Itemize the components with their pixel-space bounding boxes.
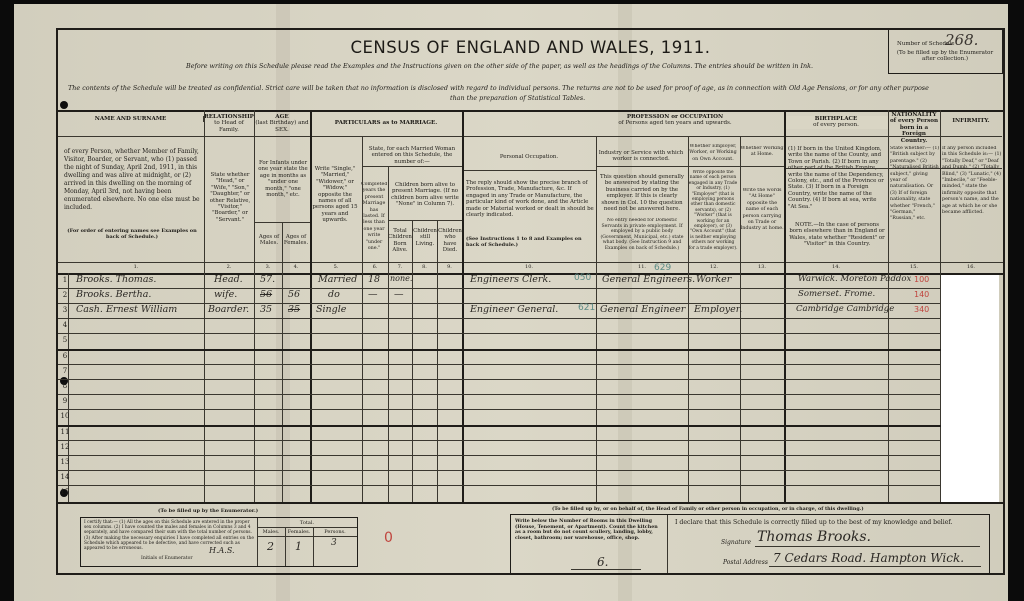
marital-status: Single: [316, 304, 346, 315]
total-label: Total.: [257, 520, 357, 526]
marital-status: Married: [318, 274, 357, 285]
total-persons: 3: [331, 538, 337, 548]
infirmity-instructions: If any person included in this Schedule …: [942, 146, 1002, 216]
personal-occupation-instructions: The reply should show the precise branch…: [466, 180, 594, 218]
rule: [58, 318, 941, 319]
age-females-label: Ages of Females.: [283, 234, 309, 247]
person-name: Brooks. Thomas.: [76, 274, 156, 285]
rule: [58, 440, 941, 441]
column-number: 4.: [282, 264, 310, 270]
age-instructions: For Infants under one year state the age…: [258, 160, 308, 198]
relationship-title: RELATIONSHIP: [204, 114, 254, 120]
total-males: 2: [267, 540, 274, 553]
document-title: CENSUS OF ENGLAND AND WALES, 1911.: [58, 38, 1003, 57]
person-name: Brooks. Bertha.: [76, 289, 151, 300]
column-number: 7.: [388, 264, 412, 270]
employment-status: Employer.: [694, 304, 742, 315]
column-number: 14.: [784, 264, 888, 270]
enumerator-box: I certify that:— (1) All the ages on thi…: [80, 517, 358, 567]
marriage-state-instructions: State, for each Married Woman entered on…: [362, 146, 462, 165]
header-nationality: NATIONALITY of every Person born in a Fo…: [888, 112, 940, 144]
rule: [313, 527, 314, 566]
rule: [58, 349, 941, 351]
industry-instructions: This question should generally be answer…: [598, 174, 686, 212]
birthplace: Cambridge Cambridge: [796, 304, 894, 314]
column-number: 9.: [437, 264, 462, 270]
relationship-instructions: State whether "Head," or "Wife," "Son," …: [206, 172, 254, 223]
occupation: Engineer General.: [470, 304, 558, 315]
person-name: Cash. Ernest William: [76, 304, 177, 315]
rule: [388, 220, 462, 221]
rule: [462, 170, 596, 171]
row-number: 2: [58, 291, 72, 299]
household-heading: (To be filled up by, or on behalf of, th…: [552, 506, 864, 512]
table-bottom-border: [58, 502, 1003, 504]
signature: Thomas Brooks.: [757, 529, 871, 545]
age-sub: (last Birthday) and SEX.: [255, 120, 308, 132]
column-number: 6.: [362, 264, 388, 270]
row-number: 5: [58, 336, 72, 344]
children-total-label: Total Children Born Alive.: [388, 228, 412, 254]
marriage-years: —: [368, 289, 378, 300]
row-number: 9: [58, 397, 72, 405]
occupation-code: 050: [574, 273, 591, 283]
age-male: 35: [260, 304, 272, 315]
rule: [596, 166, 784, 167]
household-rows: 1 2 3 4 5 6 7 8 9 10 11 12 13 14 15 Broo…: [58, 273, 1003, 502]
employer-label: Whether Employer, Worker, or Working on …: [688, 144, 738, 163]
rule: [784, 136, 1002, 137]
enumerator-heading: (To be filled up by the Enumerator.): [158, 508, 258, 514]
industry-label: Industry or Service with which worker is…: [596, 150, 686, 163]
profession-title: PROFESSION or OCCUPATION: [627, 114, 723, 120]
column-number: 2.: [204, 264, 254, 270]
person-relationship: wife.: [214, 289, 237, 300]
household-box: Write below the Number of Rooms in this …: [510, 514, 990, 574]
row-number: 12: [58, 443, 72, 451]
rule: [58, 394, 941, 395]
rooms-instruction: Write below the Number of Rooms in this …: [515, 519, 663, 541]
birthplace: Somerset. Frome.: [798, 289, 875, 299]
males-label: Males.: [257, 529, 285, 535]
marriage-children-label: Children born alive to present Marriage.…: [388, 182, 462, 208]
row-number: 10: [58, 412, 72, 420]
person-relationship: Head.: [214, 274, 243, 285]
occupation: Engineers Clerk.: [470, 274, 551, 285]
rule: [755, 546, 980, 547]
rule: [58, 136, 204, 137]
postal-address: 7 Cedars Road. Hampton Wick.: [773, 551, 964, 565]
census-schedule-paper: CENSUS OF ENGLAND AND WALES, 1911. Befor…: [14, 4, 1008, 601]
occupation-code: 621: [578, 303, 595, 313]
column-number: 12.: [688, 264, 740, 270]
row-number: 6: [58, 352, 72, 360]
total-females: 1: [295, 540, 302, 553]
number-of-rooms: 6.: [597, 555, 608, 569]
children-total: none.: [390, 274, 412, 283]
column-number: 11.: [596, 264, 688, 270]
industry: General Engineer: [600, 304, 685, 315]
signature-label: Signature: [721, 539, 751, 546]
enumerator-initials-label: Initials of Enumerator: [141, 556, 193, 562]
marriage-years: 18: [368, 274, 380, 285]
rule: [254, 136, 310, 137]
children-died-label: Children who have Died.: [438, 228, 462, 254]
employment-status: Worker: [696, 274, 731, 285]
females-label: Females.: [285, 529, 313, 535]
employer-instructions: Write opposite the name of each person e…: [688, 170, 738, 251]
age-male: 57.: [260, 274, 275, 285]
nationality-instructions: State whether:— (1) "British subject by …: [890, 146, 940, 223]
postal-address-label: Postal Address: [723, 559, 768, 566]
rule: [784, 168, 1002, 169]
birthplace-note: NOTE.—In the case of persons born elsewh…: [788, 222, 886, 248]
rule: [58, 425, 941, 427]
column-number: 3.: [254, 264, 282, 270]
birthplace-code: 340: [914, 305, 929, 314]
birthplace-code: 140: [914, 290, 929, 299]
column-number: 10.: [462, 264, 596, 270]
header-name: NAME AND SURNAME: [58, 116, 204, 122]
rule: [58, 262, 1003, 263]
row-number: 15: [58, 488, 72, 496]
schedule-frame: CENSUS OF ENGLAND AND WALES, 1911. Befor…: [56, 28, 1005, 575]
age-male-struck: 56: [260, 289, 272, 300]
declaration-text: I declare that this Schedule is correctl…: [675, 519, 952, 526]
home-label: Whether Working at Home.: [740, 146, 784, 159]
instruction-line-1: Before writing on this Schedule please r…: [186, 62, 813, 70]
column-number: 5.: [310, 264, 362, 270]
red-check-mark: 0: [384, 530, 393, 546]
column-number: 15.: [888, 264, 940, 270]
header-marriage: PARTICULARS as to MARRIAGE.: [310, 120, 462, 126]
marital-status: do: [328, 289, 340, 300]
birthplace-title: BIRTHPLACE: [815, 116, 858, 122]
age-female: 56: [288, 289, 300, 300]
table-top-border: [58, 110, 1003, 112]
row-number: 3: [58, 306, 72, 314]
schedule-number-box: Number of Schedule 268. (To be filled up…: [888, 28, 1003, 74]
enumerator-initials: H.A.S.: [209, 546, 235, 555]
header-relationship: RELATIONSHIPto Head of Family.: [204, 114, 254, 133]
children-total: —: [394, 289, 404, 300]
rule: [667, 515, 668, 573]
industry-code: 629: [654, 263, 671, 273]
header-age: AGE(last Birthday) and SEX.: [255, 114, 309, 133]
scan-border: [1008, 0, 1024, 601]
age-males-label: Ages of Males.: [256, 234, 282, 247]
census-table: NAME AND SURNAME RELATIONSHIPto Head of …: [58, 110, 1003, 502]
personal-occupation-label: Personal Occupation.: [464, 154, 594, 160]
home-instructions: Write the words "At Home" opposite the n…: [740, 188, 784, 233]
column-number: 16.: [940, 264, 1002, 270]
rule: [58, 455, 941, 456]
rule: [571, 569, 641, 570]
name-footnote: (For order of entering names see Example…: [62, 228, 202, 241]
rule: [310, 136, 462, 137]
birthplace-code: 100: [914, 275, 929, 284]
relationship-sub: to Head of Family.: [214, 120, 244, 132]
rule: [58, 409, 941, 410]
column-number: 1.: [68, 264, 204, 270]
instruction-line-2a: The contents of the Schedule will be tre…: [68, 84, 929, 92]
industry-note: No entry needed for Domestic Servants in…: [598, 218, 686, 252]
schedule-number-value: 268.: [945, 31, 978, 49]
schedule-number-note: (To be filled up by the Enumerator after…: [895, 50, 995, 62]
birthplace: Warwick. Moreton Paddox: [798, 274, 911, 284]
rule: [257, 536, 357, 537]
children-living-label: Children still Living.: [413, 228, 437, 247]
rule: [362, 166, 462, 167]
column-number: 13.: [740, 264, 784, 270]
instruction-line-2b: than the preparation of Statistical Tabl…: [450, 94, 585, 102]
column-number-row: 1. 2. 3. 4. 5. 6. 7. 8. 9. 10. 11. 12. 1…: [58, 264, 1003, 273]
row-number: 7: [58, 367, 72, 375]
name-instructions: of every Person, whether Member of Famil…: [64, 148, 200, 212]
birthplace-instructions: (1) If born in the United Kingdom, write…: [788, 146, 886, 210]
row-number: 11: [58, 428, 72, 436]
row-number: 8: [58, 382, 72, 390]
person-relationship: Boarder.: [208, 304, 249, 315]
header-birthplace: BIRTHPLACEof every person.: [784, 116, 888, 129]
rule: [58, 485, 941, 486]
rule: [257, 527, 357, 528]
personal-occupation-note: (See Instructions 1 to 8 and Examples on…: [466, 236, 594, 249]
rule: [204, 136, 254, 137]
rule: [58, 364, 941, 365]
rule: [769, 566, 981, 567]
column-number: 8.: [412, 264, 437, 270]
rule: [58, 379, 941, 380]
row-number: 1: [58, 276, 72, 284]
industry: General Engineers.: [602, 274, 695, 285]
rule: [58, 470, 941, 471]
row-number: 13: [58, 458, 72, 466]
header-infirmity: INFIRMITY.: [940, 118, 1002, 124]
row-number: 4: [58, 321, 72, 329]
age-female-struck: 35: [288, 304, 300, 315]
row-number: 14: [58, 473, 72, 481]
rule: [285, 527, 286, 566]
marriage-completed-years-label: Completed years the present Marriage has…: [361, 182, 387, 252]
profession-sub: of Persons aged ten years and upwards.: [618, 120, 731, 126]
persons-label: Persons.: [313, 529, 357, 535]
marriage-write-instructions: Write "Single," "Married," "Widower," or…: [311, 166, 359, 224]
rule: [58, 333, 941, 334]
birthplace-sub: of every person.: [813, 122, 859, 128]
